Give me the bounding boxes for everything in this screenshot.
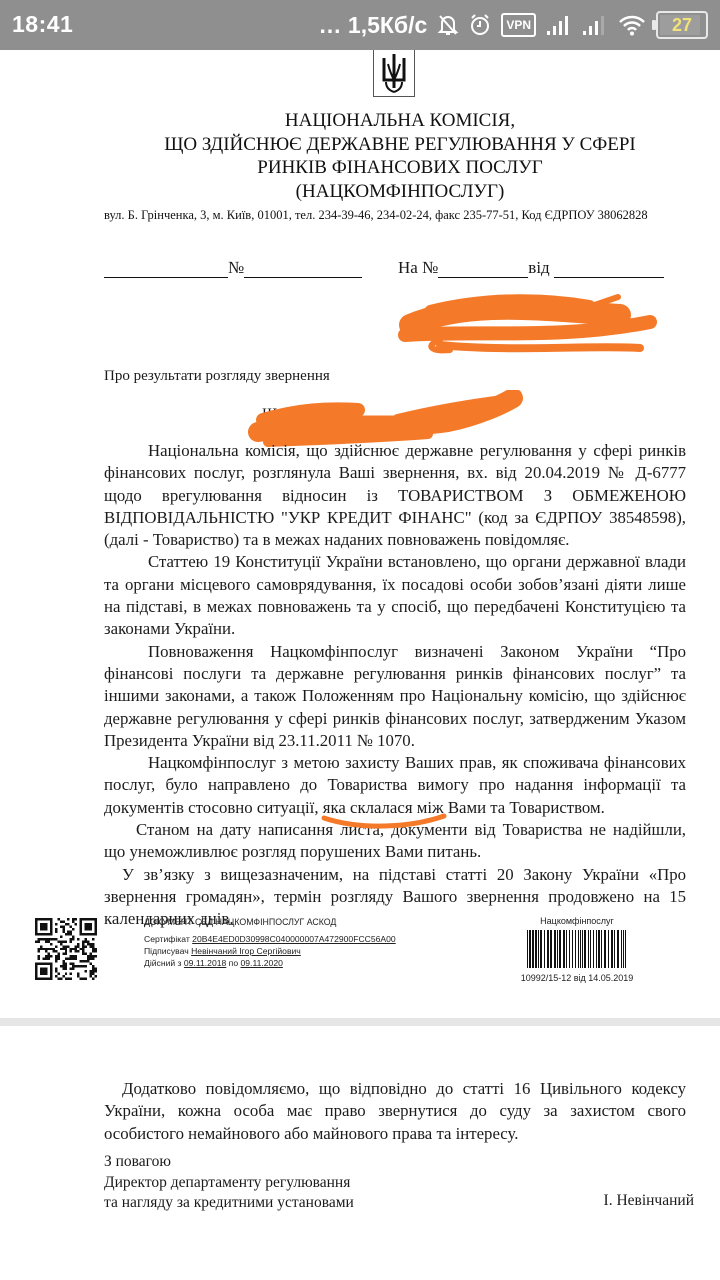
body-paragraph: Додатково повідомляємо, що відповідно до… <box>104 1078 686 1145</box>
bell-off-icon <box>437 13 459 37</box>
status-bar: 18:41 … 1,5Кб/с VPN 27 <box>0 0 720 50</box>
wifi-icon <box>618 14 646 36</box>
body-paragraph: Статтею 19 Конституції України встановле… <box>104 551 686 640</box>
reply-to-number-field: На №від <box>398 258 664 278</box>
letter-subject: Про результати розгляду звернення <box>104 368 330 385</box>
body-paragraph: Національна комісія, що здійснює державн… <box>104 440 686 551</box>
closing-block: З повагою Директор департаменту регулюва… <box>104 1152 354 1214</box>
registration-stamp: Нацкомфінпослуг 10992/15-12 від 14.05.20… <box>512 916 642 983</box>
battery-level: 27 <box>672 15 692 36</box>
battery-indicator: 27 <box>656 11 708 39</box>
highlight-underline-mark <box>320 812 450 832</box>
barcode <box>527 930 627 968</box>
page-separator <box>0 1018 720 1026</box>
body-paragraph: Повноваження Нацкомфінпослуг визначені З… <box>104 641 686 752</box>
alarm-icon <box>469 13 491 37</box>
trident-coat-of-arms-icon <box>373 50 415 97</box>
qr-code <box>35 918 97 980</box>
clock: 18:41 <box>12 11 73 38</box>
network-speed: … 1,5Кб/с <box>319 12 428 39</box>
certificate-id: 20B4E4ED0D30998C040000007A472900FCC56A00 <box>192 934 396 944</box>
letter-body: Національна комісія, що здійснює державн… <box>104 440 686 931</box>
electronic-signature-block: ДОКУМЕНТ СЕД НАЦКОМФІНПОСЛУГ АСКОД Серти… <box>144 916 396 969</box>
vpn-icon: VPN <box>501 13 536 37</box>
letter-body-continued: Додатково повідомляємо, що відповідно до… <box>104 1078 686 1145</box>
body-paragraph: Нацкомфінпослуг з метою захисту Ваших пр… <box>104 752 686 819</box>
redaction-scribble <box>390 290 660 360</box>
document-page-1: НАЦІОНАЛЬНА КОМІСІЯ, ЩО ЗДІЙСНЮЄ ДЕРЖАВН… <box>0 50 720 1018</box>
signature-name: І. Невінчаний <box>604 1192 694 1210</box>
signal-icon <box>546 14 572 36</box>
status-icons: … 1,5Кб/с VPN 27 <box>319 8 708 42</box>
organization-address: вул. Б. Грінченка, 3, м. Київ, 01001, те… <box>104 208 714 223</box>
signal-icon <box>582 14 608 36</box>
outgoing-number-field: № <box>104 258 362 278</box>
document-page-2: Додатково повідомляємо, що відповідно до… <box>0 1026 720 1280</box>
registration-number: 10992/15-12 від 14.05.2019 <box>512 973 642 983</box>
organization-title: НАЦІОНАЛЬНА КОМІСІЯ, ЩО ЗДІЙСНЮЄ ДЕРЖАВН… <box>100 109 700 203</box>
signer-name: Невінчаний Ігор Сергійович <box>191 946 301 956</box>
